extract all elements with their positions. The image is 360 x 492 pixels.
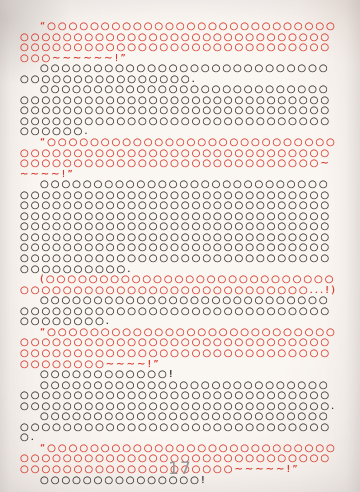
dialogue-paragraph-redacted: (○○○○○○○○○○○○○○○○○○○○○○○○○○○○○○○○○○○○○○○… bbox=[20, 275, 340, 296]
narration-paragraph-redacted: ○○○○○○○○○○○○! bbox=[20, 370, 340, 381]
dialogue-paragraph-redacted: “○○○○○○○○○○○○○○○○○○○○○○○○○○○○○○○○○○○○○○○… bbox=[20, 138, 340, 180]
narration-paragraph-redacted: ○○○○○○○○○○○○○○○○○○○○○○○○○○○○○○○○○○○○○○○○… bbox=[20, 412, 340, 444]
dialogue-paragraph-redacted: “○○○○○○○○○○○○○○○○○○○○○○○○○○○○○○○○○○○○○○○… bbox=[20, 328, 340, 370]
page-text-block: “○○○○○○○○○○○○○○○○○○○○○○○○○○○○○○○○○○○○○○○… bbox=[20, 22, 340, 486]
book-page: “○○○○○○○○○○○○○○○○○○○○○○○○○○○○○○○○○○○○○○○… bbox=[0, 0, 360, 492]
narration-paragraph-redacted: ○○○○○○○○○○○○○○○○○○○○○○○○○○○○○○○○○○○○○○○○… bbox=[20, 381, 340, 413]
page-number: 17 bbox=[0, 459, 360, 479]
narration-paragraph-redacted: ○○○○○○○○○○○○○○○○○○○○○○○○○○○○○○○○○○○○○○○○… bbox=[20, 64, 340, 85]
narration-paragraph-redacted: ○○○○○○○○○○○○○○○○○○○○○○○○○○○○○○○○○○○○○○○○… bbox=[20, 85, 340, 138]
narration-paragraph-redacted: ○○○○○○○○○○○○○○○○○○○○○○○○○○○○○○○○○○○○○○○○… bbox=[20, 296, 340, 328]
narration-paragraph-redacted: ○○○○○○○○○○○○○○○○○○○○○○○○○○○○○○○○○○○○○○○○… bbox=[20, 180, 340, 275]
dialogue-paragraph-redacted: “○○○○○○○○○○○○○○○○○○○○○○○○○○○○○○○○○○○○○○○… bbox=[20, 22, 340, 64]
